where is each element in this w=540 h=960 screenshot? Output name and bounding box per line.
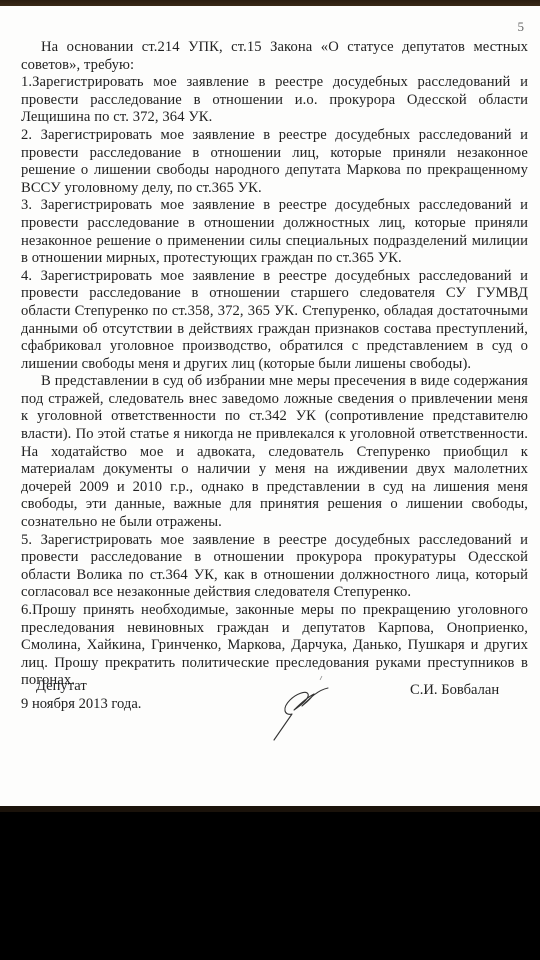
demand-item-5: 5. Зарегистрировать мое заявление в реес… <box>21 532 528 602</box>
signature-block: Депутат 9 ноября 2013 года. С.И. Бовбала… <box>0 678 540 758</box>
explanation-paragraph: В представлении в суд об избрании мне ме… <box>21 373 528 531</box>
demand-item-4: 4. Зарегистрировать мое заявление в реес… <box>21 268 528 374</box>
photo-bottom-edge <box>0 806 540 812</box>
demand-item-1: 1.Зарегистрировать мое заявление в реест… <box>21 74 528 127</box>
document-date: 9 ноября 2013 года. <box>21 696 141 713</box>
signature-icon <box>262 672 334 744</box>
intro-paragraph: На основании ст.214 УПК, ст.15 Закона «О… <box>21 39 528 74</box>
demand-item-2: 2. Зарегистрировать мое заявление в реес… <box>21 127 528 197</box>
signer-name: С.И. Бовбалан <box>410 682 499 699</box>
page-number: 5 <box>518 19 525 35</box>
position-label: Депутат <box>36 678 87 695</box>
demand-item-3: 3. Зарегистрировать мое заявление в реес… <box>21 197 528 267</box>
document-page: 5 На основании ст.214 УПК, ст.15 Закона … <box>0 6 540 807</box>
document-body: На основании ст.214 УПК, ст.15 Закона «О… <box>21 39 528 690</box>
